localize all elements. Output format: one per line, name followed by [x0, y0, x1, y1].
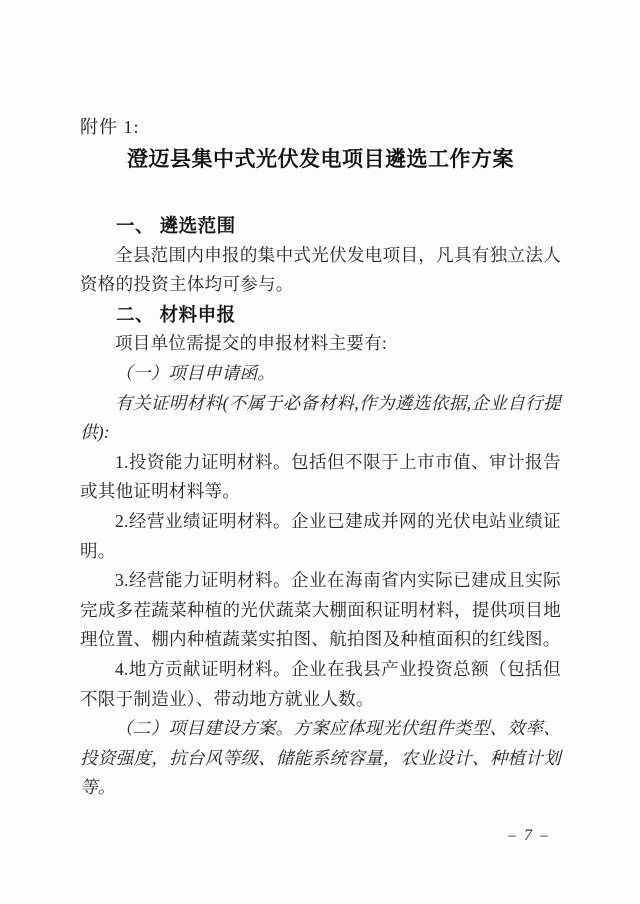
paragraph-supporting-materials: 有关证明材料(不属于必备材料,作为遴选依据,企业自行提供):: [80, 389, 561, 448]
paragraph-materials-intro: 项目单位需提交的申报材料主要有:: [80, 329, 561, 359]
document-page: 附件 1: 澄迈县集中式光伏发电项目遴选工作方案 一、 遴选范围 全县范围内申报…: [0, 0, 640, 904]
paragraph-item-3-capability: 3.经营能力证明材料。企业在海南省内实际已建成且实际完成多茬蔬菜种植的光伏蔬菜大…: [80, 566, 561, 655]
document-content: 附件 1: 澄迈县集中式光伏发电项目遴选工作方案 一、 遴选范围 全县范围内申报…: [80, 0, 561, 803]
paragraph-item-1-investment: 1.投资能力证明材料。包括但不限于上市市值、审计报告或其他证明材料等。: [80, 448, 561, 507]
paragraph-scope: 全县范围内申报的集中式光伏发电项目，凡具有独立法人资格的投资主体均可参与。: [80, 241, 561, 300]
document-title: 澄迈县集中式光伏发电项目遴选工作方案: [80, 145, 561, 174]
section-heading-2: 二、 材料申报: [80, 300, 561, 330]
section-heading-1: 一、 遴选范围: [80, 211, 561, 241]
paragraph-item-4-contribution: 4.地方贡献证明材料。企业在我县产业投资总额（包括但不限于制造业）、带动地方就业…: [80, 655, 561, 714]
attachment-label: 附件 1:: [80, 116, 561, 138]
paragraph-construction-plan: （二）项目建设方案。方案应体现光伏组件类型、效率、投资强度，抗台风等级、储能系统…: [80, 714, 561, 803]
paragraph-application-letter: （一）项目申请函。: [80, 359, 561, 389]
page-number: – 7 –: [508, 827, 550, 845]
paragraph-item-2-performance: 2.经营业绩证明材料。企业已建成并网的光伏电站业绩证明。: [80, 507, 561, 566]
